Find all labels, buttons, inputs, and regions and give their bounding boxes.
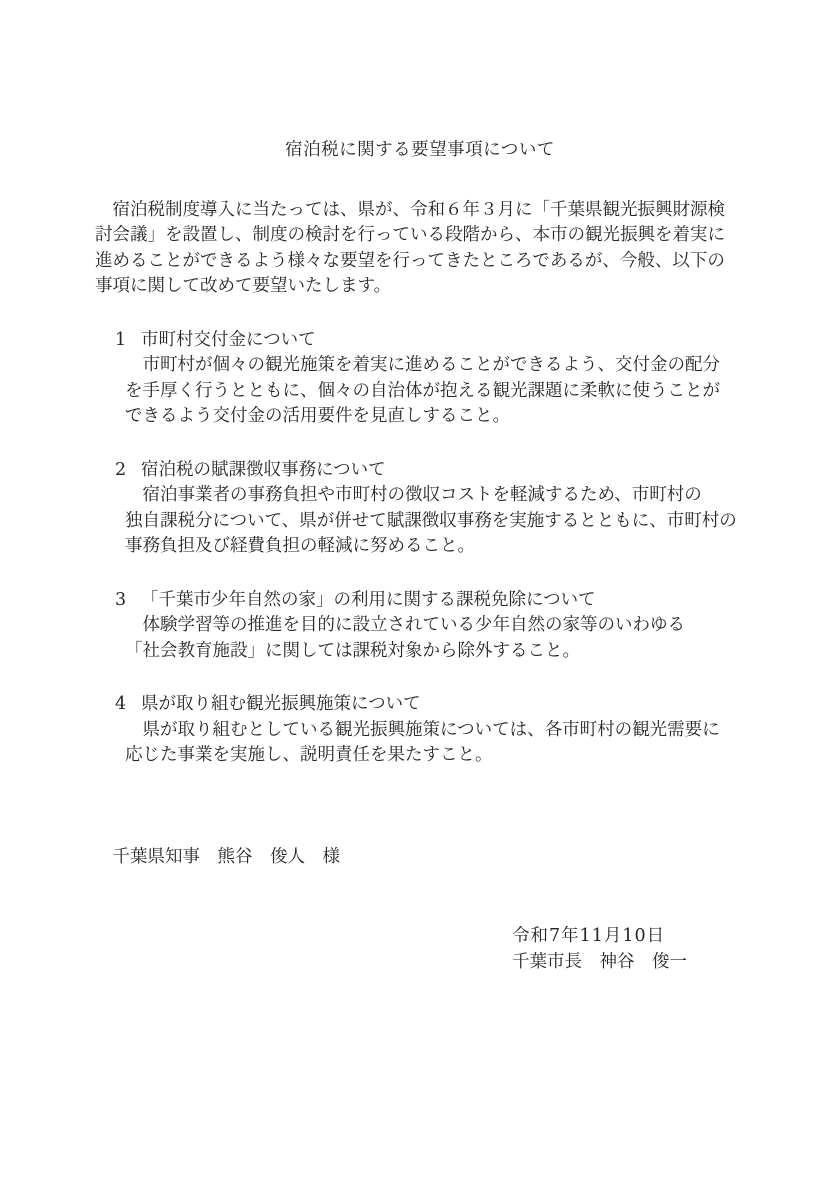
- request-item-1: 1市町村交付金について 市町村が個々の観光施策を着実に進めることができるよう、交…: [95, 328, 745, 430]
- item-body: 県が取り組むとしている観光振興施策については、各市町村の観光需要に 応じた事業を…: [125, 718, 745, 769]
- item-number: 1: [115, 328, 141, 354]
- item-number: 4: [115, 692, 141, 718]
- item-heading: 3「千葉市少年自然の家」の利用に関する課税免除について: [95, 588, 745, 614]
- document-title: 宿泊税に関する要望事項について: [95, 138, 745, 164]
- item-heading: 2宿泊税の賦課徴収事務について: [95, 458, 745, 484]
- signer-line: 千葉市長 神谷 俊一: [512, 950, 745, 976]
- item-title: 県が取り組む観光振興施策について: [141, 694, 421, 714]
- request-item-4: 4県が取り組む観光振興施策について 県が取り組むとしている観光振興施策については…: [95, 692, 745, 769]
- intro-paragraph: 宿泊税制度導入に当たっては、県が、令和６年３月に「千葉県観光振興財源検 討会議」…: [95, 198, 745, 300]
- item-heading: 1市町村交付金について: [95, 328, 745, 354]
- addressee-line: 千葉県知事 熊谷 俊人 様: [95, 845, 745, 871]
- date-line: 令和7年11月10日: [512, 924, 745, 950]
- item-heading: 4県が取り組む観光振興施策について: [95, 692, 745, 718]
- item-title: 宿泊税の賦課徴収事務について: [141, 460, 386, 480]
- item-body: 体験学習等の推進を目的に設立されている少年自然の家等のいわゆる 「社会教育施設」…: [125, 613, 745, 664]
- item-title: 「千葉市少年自然の家」の利用に関する課税免除について: [141, 590, 596, 610]
- request-item-2: 2宿泊税の賦課徴収事務について 宿泊事業者の事務負担や市町村の徴収コストを軽減す…: [95, 458, 745, 560]
- item-title: 市町村交付金について: [141, 330, 316, 350]
- document-content: 宿泊税に関する要望事項について 宿泊税制度導入に当たっては、県が、令和６年３月に…: [95, 0, 745, 975]
- request-item-3: 3「千葉市少年自然の家」の利用に関する課税免除について 体験学習等の推進を目的に…: [95, 588, 745, 665]
- signature-block: 令和7年11月10日 千葉市長 神谷 俊一: [95, 924, 745, 975]
- item-number: 3: [115, 588, 141, 614]
- item-body: 市町村が個々の観光施策を着実に進めることができるよう、交付金の配分 を手厚く行う…: [125, 353, 745, 430]
- document-page: 宿泊税に関する要望事項について 宿泊税制度導入に当たっては、県が、令和６年３月に…: [0, 0, 840, 1200]
- item-number: 2: [115, 458, 141, 484]
- item-body: 宿泊事業者の事務負担や市町村の徴収コストを軽減するため、市町村の 独自課税分につ…: [125, 483, 745, 560]
